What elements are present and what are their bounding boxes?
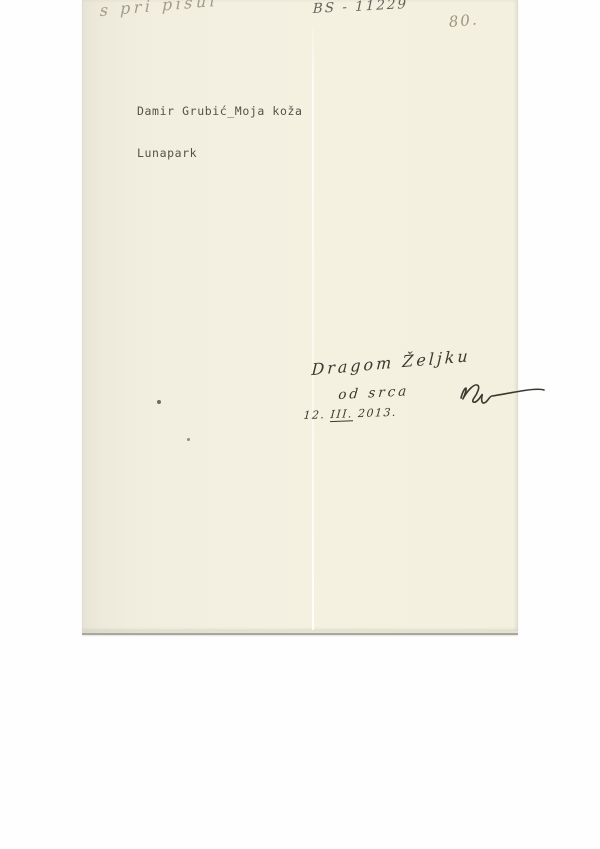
- dedication-line-1: Dragom Željku: [311, 346, 471, 379]
- dedication-line-2: od srca: [338, 383, 410, 403]
- typed-subtitle-line: Lunapark: [137, 146, 303, 160]
- typed-author-title-line: Damir Grubić_Moja koža: [137, 104, 303, 118]
- dedication-date-year: 2013.: [358, 406, 398, 420]
- typed-title-block: Damir Grubić_Moja koža Lunapark: [137, 76, 303, 188]
- pencil-note-top-left: s pri pisul: [100, 0, 219, 20]
- scanned-image-canvas: s pri pisul BS - 11229 80. Damir Grubić_…: [0, 0, 600, 849]
- dedication-date-month: III.: [330, 407, 354, 422]
- price-note: 80.: [448, 10, 479, 31]
- page-fold-crease: [312, 26, 314, 630]
- paper-speck: [187, 438, 190, 441]
- paper-speck: [157, 400, 161, 404]
- dedication-date-day: 12.: [303, 408, 326, 422]
- book-page: s pri pisul BS - 11229 80. Damir Grubić_…: [82, 0, 518, 633]
- catalog-number-note: BS - 11229: [313, 0, 408, 17]
- dedication-date: 12. III. 2013.: [303, 406, 397, 422]
- signature-scribble: [447, 376, 600, 410]
